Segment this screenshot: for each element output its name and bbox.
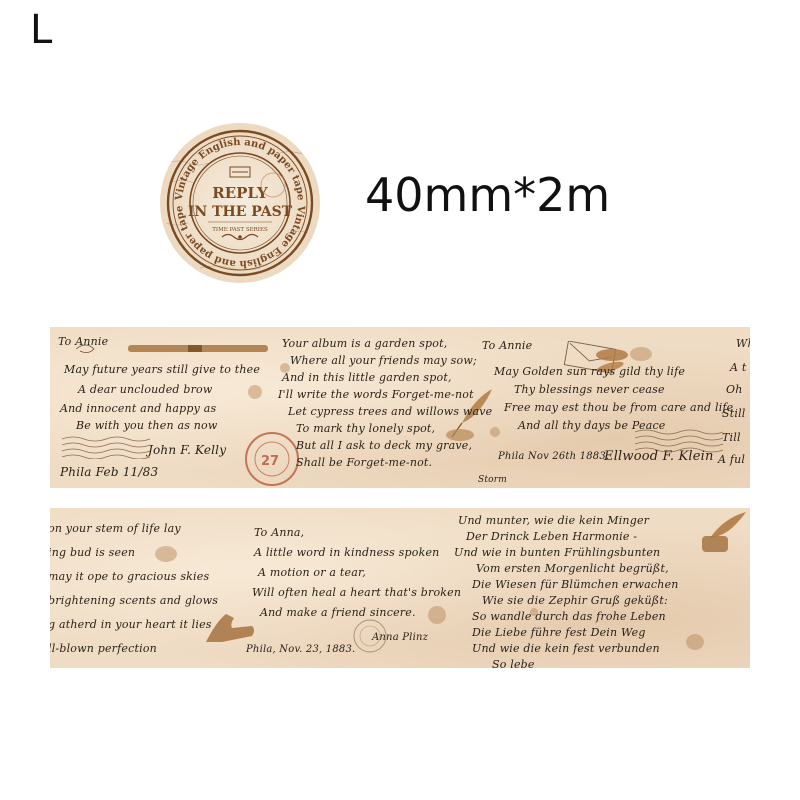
letter-line: May future years still give to thee — [64, 363, 260, 376]
letter-line: A motion or a tear, — [258, 566, 366, 579]
svg-text:IN THE PAST: IN THE PAST — [188, 204, 293, 220]
letter-line: Wie sie die Zephir Gruß geküßt: — [482, 594, 668, 607]
letter-line: on your stem of life lay — [50, 522, 181, 535]
letter-line: And innocent and happy as — [60, 402, 216, 415]
letter-line: may it ope to gracious skies — [50, 570, 209, 583]
letter-signature: Ellwood F. Klein — [604, 449, 714, 464]
letter-line: So wandle durch das frohe Leben — [472, 610, 666, 623]
letter-signature: John F. Kelly — [148, 443, 226, 457]
letter-line: Und wie die kein fest verbunden — [472, 642, 660, 655]
letter-line: Vom ersten Morgenlicht begrüßt, — [476, 562, 669, 575]
letter-line: I'll write the words Forget-me-not — [278, 388, 474, 401]
letter-line: To Anna, — [254, 526, 304, 539]
tape-roll-image: Vintage English and paper tape Vintage E… — [160, 123, 320, 283]
letter-panel-6: To Anna, A little word in kindness spoke… — [240, 508, 460, 668]
letter-line: brightening scents and glows — [50, 594, 218, 607]
letter-line: So lebe — [492, 658, 535, 668]
letter-date: Phila Nov 26th 1883. — [498, 451, 609, 462]
letter-line: Thy blessings never cease — [514, 383, 665, 396]
letter-line: Und munter, wie die kein Minger — [458, 514, 649, 527]
letter-line: Till — [722, 431, 741, 444]
size-label: L — [30, 10, 52, 50]
letter-panel-5: on your stem of life lay ing bud is seen… — [50, 508, 240, 668]
letter-line: To Annie — [482, 339, 532, 352]
letter-line: A t — [730, 361, 746, 374]
letter-line: Still — [722, 407, 746, 420]
tape-pattern-strip-bottom: on your stem of life lay ing bud is seen… — [50, 508, 750, 668]
letter-line: Oh — [726, 383, 743, 396]
letter-date: Phila Feb 11/83 — [60, 465, 158, 479]
letter-line: Free may est thou be from care and life — [504, 401, 733, 414]
letter-line: May Golden sun rays gild thy life — [494, 365, 685, 378]
letter-line: Und wie in bunten Frühlingsbunten — [454, 546, 660, 559]
letter-line: And in this little garden spot, — [282, 371, 452, 384]
letter-line: A little word in kindness spoken — [254, 546, 439, 559]
letter-line: To Annie — [58, 335, 108, 348]
tape-pattern-strip-top: 27 To Annie May future years still give … — [50, 327, 750, 488]
letter-line: Shall be Forget-me-not. — [296, 456, 432, 469]
letter-line: Let cypress trees and willows wave — [288, 405, 492, 418]
letter-line: Be with you then as now — [76, 419, 217, 432]
svg-text:REPLY: REPLY — [212, 184, 268, 202]
letter-line: And make a friend sincere. — [260, 606, 416, 619]
letter-line: ll-blown perfection — [50, 642, 157, 655]
letter-panel-3: To Annie May Golden sun rays gild thy li… — [482, 327, 722, 488]
dimension-label: 40mm*2m — [365, 172, 610, 218]
letter-line: And all thy days be Peace — [518, 419, 666, 432]
letter-panel-4: Wh A t Oh Still Till A ful — [722, 327, 750, 488]
letter-line: Where all your friends may sow; — [290, 354, 477, 367]
letter-line: g atherd in your heart it lies — [50, 618, 212, 631]
letter-panel-1: To Annie May future years still give to … — [58, 327, 278, 488]
letter-line: A dear unclouded brow — [78, 383, 213, 396]
letter-line: But all I ask to deck my grave, — [296, 439, 472, 452]
letter-line: A ful — [718, 453, 745, 466]
letter-line: ing bud is seen — [50, 546, 135, 559]
letter-date: Phila, Nov. 23, 1883. — [246, 644, 355, 655]
letter-line: To mark thy lonely spot, — [296, 422, 435, 435]
letter-signature: Anna Plinz — [372, 632, 428, 643]
letter-line: Die Wiesen für Blümchen erwachen — [472, 578, 679, 591]
letter-line: Der Drinck Leben Harmonie - — [466, 530, 637, 543]
letter-line: Will often heal a heart that's broken — [252, 586, 461, 599]
svg-text:TIME PAST SERIES: TIME PAST SERIES — [212, 227, 268, 233]
letter-line: Die Liebe führe fest Dein Weg — [472, 626, 646, 639]
letter-panel-7: Und munter, wie die kein Minger Der Drin… — [452, 508, 750, 668]
letter-line: Wh — [736, 337, 750, 350]
letter-line: Your album is a garden spot, — [282, 337, 447, 350]
reply-in-the-past-seal-icon: Vintage English and paper tape Vintage E… — [160, 123, 320, 283]
